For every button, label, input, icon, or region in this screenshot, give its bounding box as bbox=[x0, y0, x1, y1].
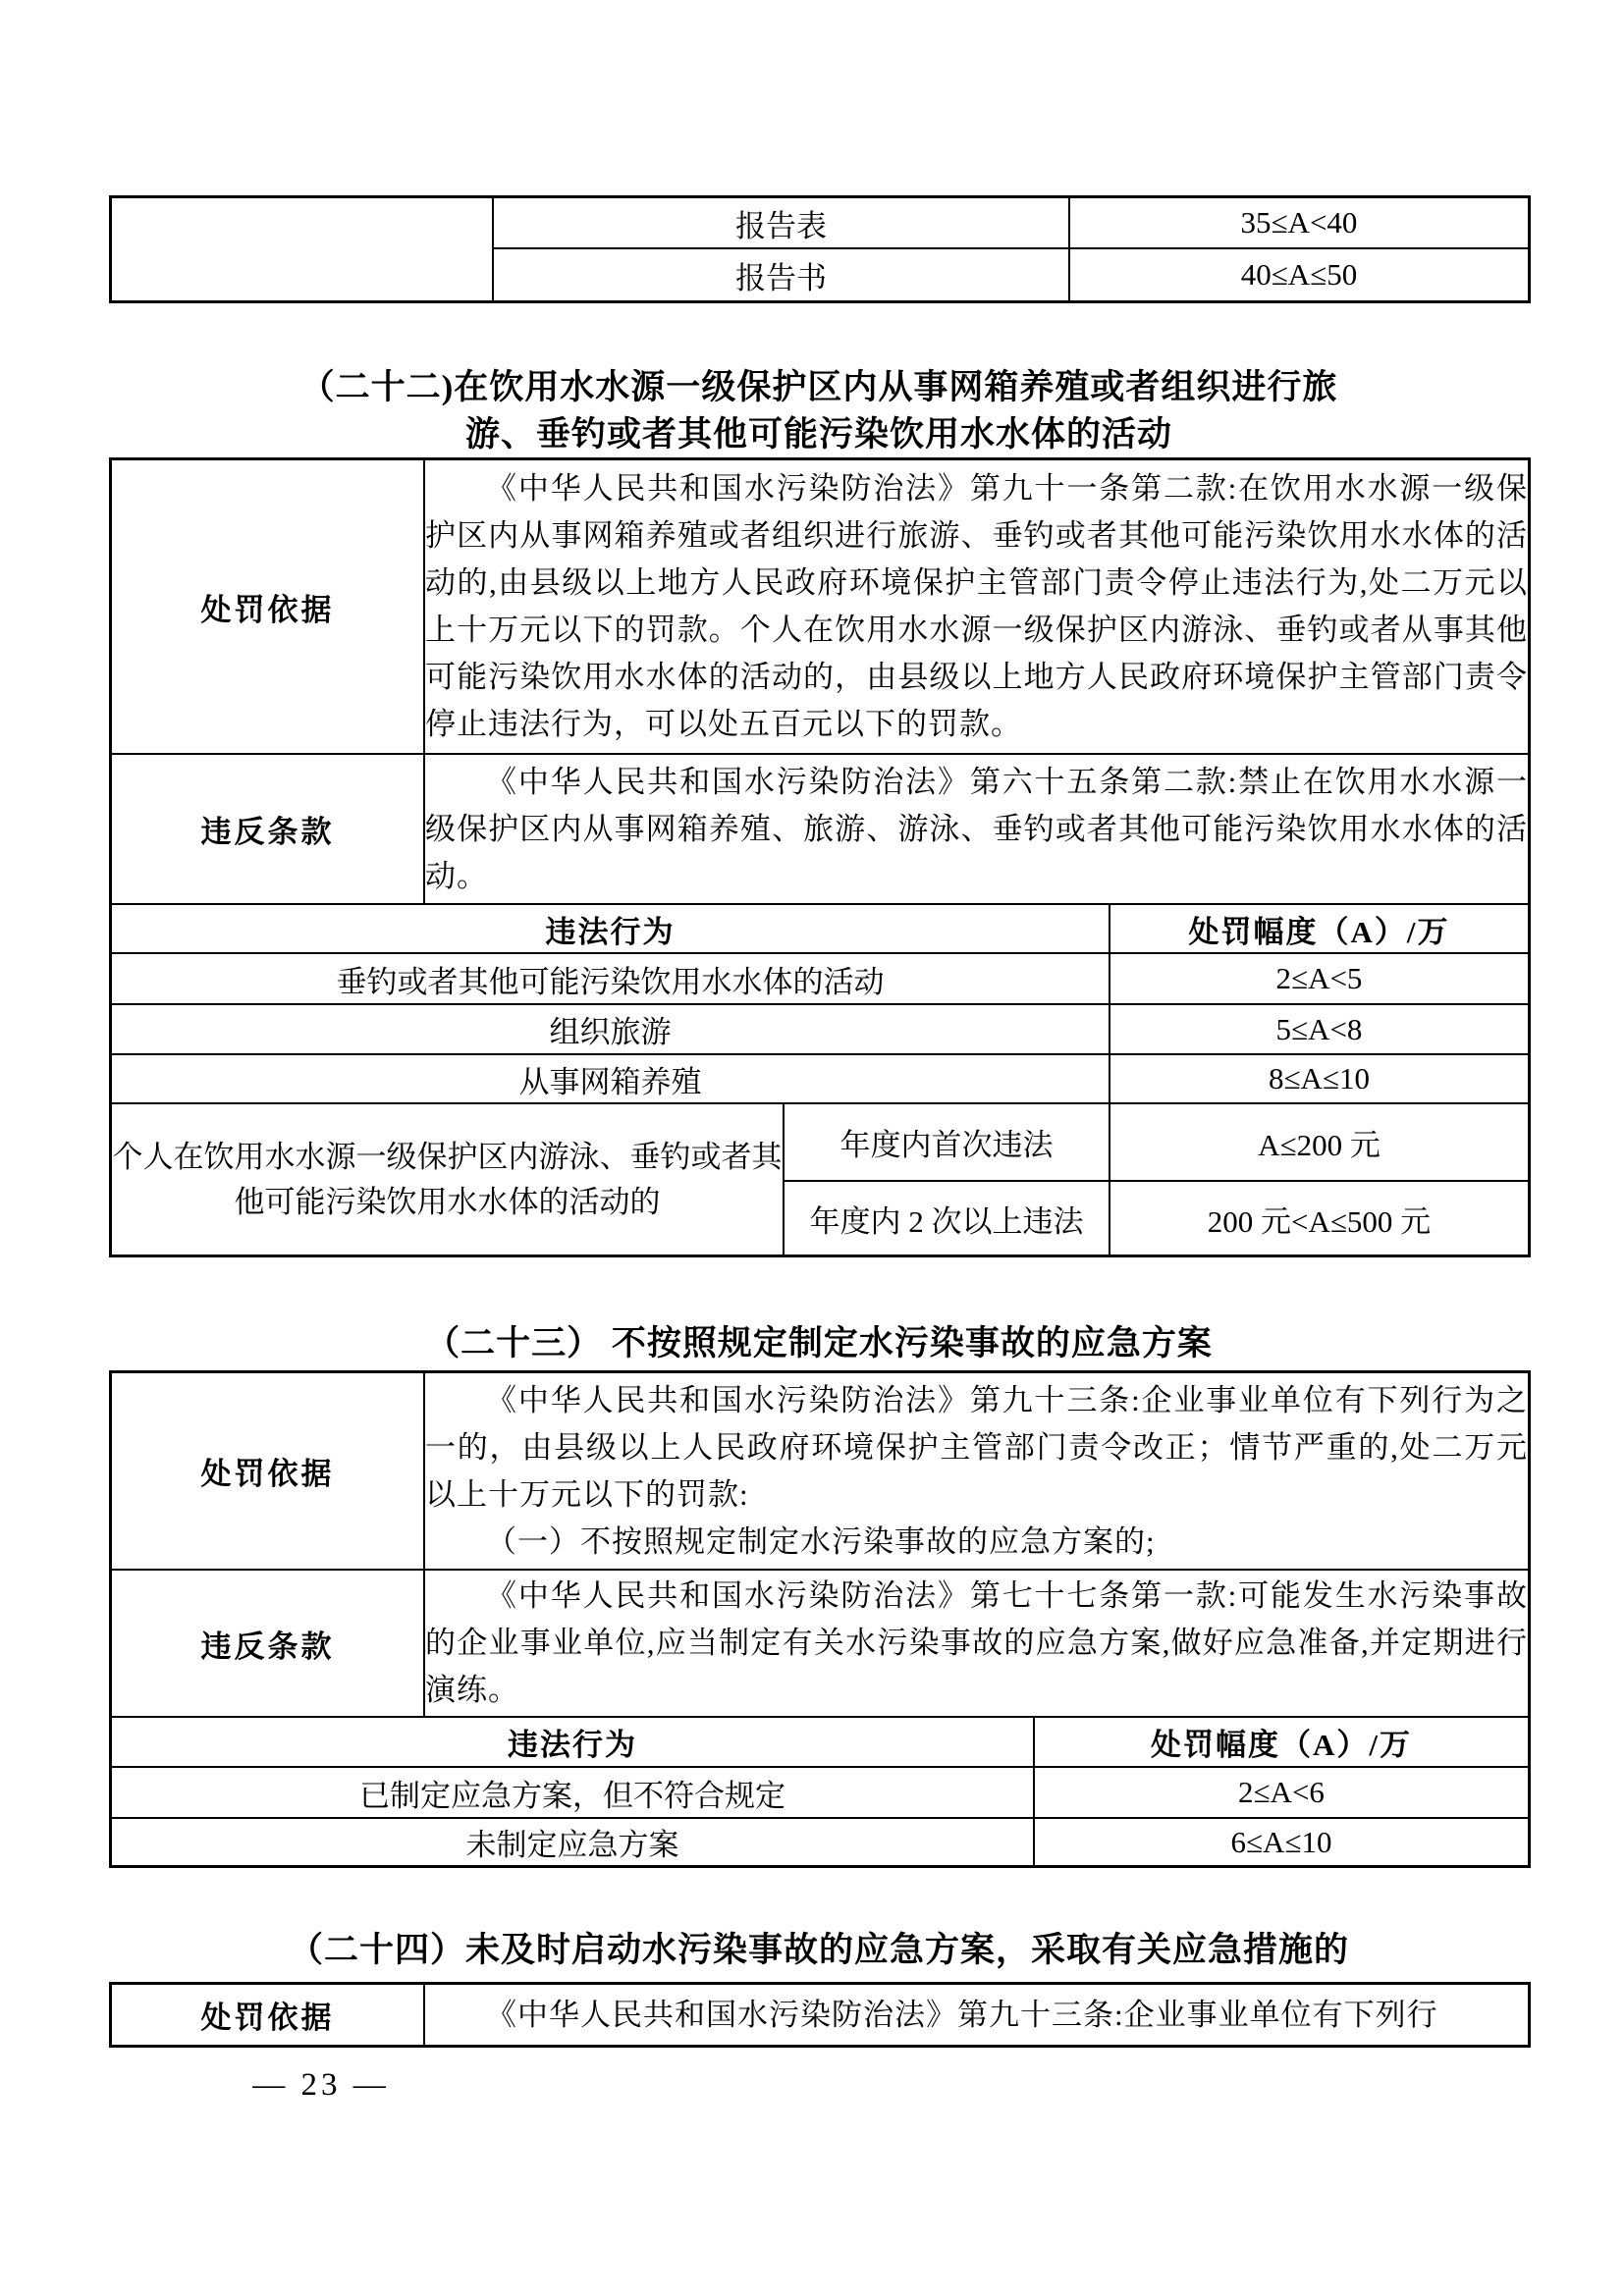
basis-text-cell: 《中华人民共和国水污染防治法》第九十一条第二款:在饮用水水源一级保护区内从事网箱… bbox=[424, 459, 1529, 754]
behavior-cell: 从事网箱养殖 bbox=[111, 1054, 1110, 1103]
section-24-table: 处罚依据 《中华人民共和国水污染防治法》第九十三条:企业事业单位有下列行 bbox=[110, 1983, 1530, 2047]
basis-paragraph: 《中华人民共和国水污染防治法》第九十三条:企业事业单位有下列行 bbox=[425, 1992, 1528, 2039]
section-22-title: （二十二)在饮用水水源一级保护区内从事网箱养殖或者组织进行旅 游、垂钓或者其他可… bbox=[110, 364, 1528, 458]
basis-label-cell: 处罚依据 bbox=[111, 1372, 424, 1570]
section-23-table: 处罚依据 《中华人民共和国水污染防治法》第九十三条:企业事业单位有下列行为之一的… bbox=[110, 1371, 1530, 1867]
penalty-range-cell: 40≤A≤50 bbox=[1069, 248, 1529, 301]
section-24-title: （二十四）未及时启动水污染事故的应急方案，采取有关应急措施的 bbox=[110, 1927, 1528, 1974]
basis-paragraph-1: 《中华人民共和国水污染防治法》第九十三条:企业事业单位有下列行为之一的，由县级以… bbox=[425, 1377, 1528, 1519]
penalty-range-cell: 35≤A<40 bbox=[1069, 197, 1529, 248]
basis-text-cell: 《中华人民共和国水污染防治法》第九十三条:企业事业单位有下列行 bbox=[424, 1984, 1529, 2046]
clause-label-cell: 违反条款 bbox=[111, 1570, 424, 1717]
section-22-title-line2: 游、垂钓或者其他可能污染饮用水水体的活动 bbox=[110, 411, 1528, 458]
behavior-header-cell: 违法行为 bbox=[111, 904, 1110, 953]
penalty-range-cell: 200 元<A≤500 元 bbox=[1110, 1181, 1529, 1255]
empty-cell bbox=[111, 197, 493, 301]
continuation-table: 报告表 35≤A<40 报告书 40≤A≤50 bbox=[110, 196, 1530, 302]
behavior-header-cell: 违法行为 bbox=[111, 1717, 1034, 1767]
section-22-table: 处罚依据 《中华人民共和国水污染防治法》第九十一条第二款:在饮用水水源一级保护区… bbox=[110, 458, 1530, 1256]
penalty-range-cell: 2≤A<5 bbox=[1110, 953, 1529, 1004]
penalty-range-cell: 8≤A≤10 bbox=[1110, 1054, 1529, 1103]
document-page: 报告表 35≤A<40 报告书 40≤A≤50 （二十二)在饮用水水源一级保护区… bbox=[0, 0, 1624, 2296]
clause-label-cell: 违反条款 bbox=[111, 754, 424, 904]
penalty-range-cell: 5≤A<8 bbox=[1110, 1004, 1529, 1054]
clause-paragraph: 《中华人民共和国水污染防治法》第六十五条第二款:禁止在饮用水水源一级保护区内从事… bbox=[425, 759, 1528, 900]
basis-text-cell: 《中华人民共和国水污染防治法》第九十三条:企业事业单位有下列行为之一的，由县级以… bbox=[424, 1372, 1529, 1570]
behavior-cell: 垂钓或者其他可能污染饮用水水体的活动 bbox=[111, 953, 1110, 1004]
condition-cell: 年度内首次违法 bbox=[784, 1103, 1110, 1181]
doc-type-cell: 报告书 bbox=[493, 248, 1069, 301]
basis-label-cell: 处罚依据 bbox=[111, 459, 424, 754]
penalty-range-cell: 6≤A≤10 bbox=[1034, 1818, 1529, 1866]
clause-text-cell: 《中华人民共和国水污染防治法》第六十五条第二款:禁止在饮用水水源一级保护区内从事… bbox=[424, 754, 1529, 904]
section-23-title: （二十三） 不按照规定制定水污染事故的应急方案 bbox=[110, 1320, 1528, 1367]
penalty-range-cell: A≤200 元 bbox=[1110, 1103, 1529, 1181]
range-header-cell: 处罚幅度（A）/万 bbox=[1110, 904, 1529, 953]
clause-paragraph: 《中华人民共和国水污染防治法》第七十七条第一款:可能发生水污染事故的企业事业单位… bbox=[425, 1573, 1528, 1714]
behavior-cell: 未制定应急方案 bbox=[111, 1818, 1034, 1866]
basis-paragraph: 《中华人民共和国水污染防治法》第九十一条第二款:在饮用水水源一级保护区内从事网箱… bbox=[425, 465, 1528, 748]
basis-label-cell: 处罚依据 bbox=[111, 1984, 424, 2046]
behavior-cell: 个人在饮用水水源一级保护区内游泳、垂钓或者其他可能污染饮用水水体的活动的 bbox=[111, 1103, 784, 1255]
section-22-title-line1: （二十二)在饮用水水源一级保护区内从事网箱养殖或者组织进行旅 bbox=[110, 364, 1528, 411]
behavior-cell: 组织旅游 bbox=[111, 1004, 1110, 1054]
basis-paragraph-2: （一）不按照规定制定水污染事故的应急方案的; bbox=[425, 1519, 1528, 1566]
clause-text-cell: 《中华人民共和国水污染防治法》第七十七条第一款:可能发生水污染事故的企业事业单位… bbox=[424, 1570, 1529, 1717]
behavior-cell: 已制定应急方案，但不符合规定 bbox=[111, 1767, 1034, 1818]
range-header-cell: 处罚幅度（A）/万 bbox=[1034, 1717, 1529, 1767]
doc-type-cell: 报告表 bbox=[493, 197, 1069, 248]
condition-cell: 年度内 2 次以上违法 bbox=[784, 1181, 1110, 1255]
penalty-range-cell: 2≤A<6 bbox=[1034, 1767, 1529, 1818]
page-number: — 23 — bbox=[110, 2067, 532, 2104]
